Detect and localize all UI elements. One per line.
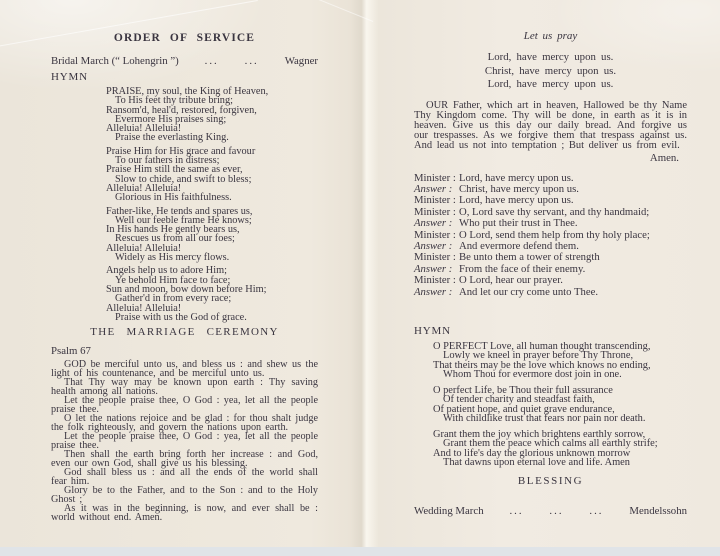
kyrie-lines: Lord, have mercy upon us.Christ, have me… <box>414 51 687 92</box>
versicle-text: And let our cry come unto Thee. <box>459 287 687 298</box>
versicle-speaker: Minister : <box>414 275 459 286</box>
scanner-bed-strip <box>0 547 720 556</box>
program-piece: Bridal March (“ Lohengrin ”) <box>51 56 179 67</box>
hymn-heading: HYMN <box>414 326 687 337</box>
hymn-line: Whom Thou for evermore dost join in one. <box>443 370 687 380</box>
booklet-spread: ORDER OF SERVICE Bridal March (“ Lohengr… <box>0 0 720 547</box>
order-of-service-title: ORDER OF SERVICE <box>51 32 318 45</box>
page-right: Let us pray Lord, have mercy upon us.Chr… <box>414 0 687 517</box>
psalm-paragraph: Let the people praise thee, O God : yea,… <box>51 432 318 450</box>
program-item-bridal-march: Bridal March (“ Lohengrin ”) ... ... Wag… <box>51 56 318 67</box>
hymn-line: Praise the everlasting King. <box>115 133 318 142</box>
versicle-row: Answer : Who put their trust in Thee. <box>414 218 687 229</box>
hymn-heading: HYMN <box>51 72 318 83</box>
dot-leader: ... <box>549 506 563 517</box>
psalm-paragraph: O let the nations rejoice and be glad : … <box>51 414 318 432</box>
hymn-line: Glorious in His faithfulness. <box>115 193 318 202</box>
versicle-text: Who put their trust in Thee. <box>459 218 687 229</box>
versicle-speaker: Answer : <box>414 287 459 298</box>
program-composer: Wagner <box>285 56 318 67</box>
hymn-verse: O perfect Life, be Thou their full assur… <box>433 386 687 424</box>
psalm-paragraph: As it was in the beginning, is now, and … <box>51 504 318 522</box>
psalm-heading: Psalm 67 <box>51 346 318 357</box>
hymn-verse: Father-like, He tends and spares us,Well… <box>106 207 318 263</box>
psalm-paragraph: Then shall the earth bring forth her inc… <box>51 450 318 468</box>
amen-text: Amen. <box>414 153 687 164</box>
hymn-verse: Praise Him for His grace and favourTo ou… <box>106 147 318 203</box>
psalm-paragraph: That Thy way may be known upon earth : T… <box>51 378 318 396</box>
blessing-heading: BLESSING <box>414 476 687 487</box>
psalm-paragraph: Let the people praise thee, O God : yea,… <box>51 396 318 414</box>
hymn-verse: Angels help us to adore Him;Ye behold Hi… <box>106 266 318 322</box>
hymn-verse: Grant them the joy which brightens earth… <box>433 430 687 468</box>
psalm-paragraph: God shall bless us : and all the ends of… <box>51 468 318 486</box>
hymn-verse: PRAISE, my soul, the King of Heaven,To H… <box>106 87 318 143</box>
kyrie-line: Christ, have mercy upon us. <box>414 65 687 79</box>
psalm-paragraph: GOD be merciful unto us, and bless us : … <box>51 360 318 378</box>
hymn-line: Widely as His mercy flows. <box>115 253 318 262</box>
dot-leaders: ... ... <box>179 56 285 67</box>
psalm-text: GOD be merciful unto us, and bless us : … <box>51 360 318 522</box>
dot-leaders: ... ... ... <box>484 506 630 517</box>
versicle-speaker: Answer : <box>414 218 459 229</box>
page-left: ORDER OF SERVICE Bridal March (“ Lohengr… <box>51 0 318 522</box>
versicles-list: Minister : Lord, have mercy upon us. Ans… <box>414 173 687 298</box>
dot-leader: ... <box>205 56 219 67</box>
hymn-line: With childlike trust that fears nor pain… <box>443 414 687 424</box>
dot-leader: ... <box>589 506 603 517</box>
let-us-pray-heading: Let us pray <box>414 30 687 42</box>
versicle-row: Minister : O Lord, hear our prayer. <box>414 275 687 286</box>
program-composer: Mendelssohn <box>629 506 687 517</box>
versicle-row: Answer : And let our cry come unto Thee. <box>414 287 687 298</box>
program-piece: Wedding March <box>414 506 484 517</box>
versicle-text: O Lord, hear our prayer. <box>459 275 687 286</box>
marriage-ceremony-heading: THE MARRIAGE CEREMONY <box>51 327 318 338</box>
kyrie-line: Lord, have mercy upon us. <box>414 51 687 65</box>
kyrie-line: Lord, have mercy upon us. <box>414 78 687 92</box>
dot-leader: ... <box>509 506 523 517</box>
our-father-paragraph: OUR Father, which art in heaven, Hallowe… <box>414 101 687 152</box>
hymn-verse: O PERFECT Love, all human thought transc… <box>433 342 687 380</box>
program-item-wedding-march: Wedding March ... ... ... Mendelssohn <box>414 506 687 517</box>
dot-leader: ... <box>245 56 259 67</box>
psalm-paragraph: Glory be to the Father, and to the Son :… <box>51 486 318 504</box>
hymn-line: That dawns upon eternal love and life. A… <box>443 458 687 468</box>
hymn-line: Praise with us the God of grace. <box>115 313 318 322</box>
